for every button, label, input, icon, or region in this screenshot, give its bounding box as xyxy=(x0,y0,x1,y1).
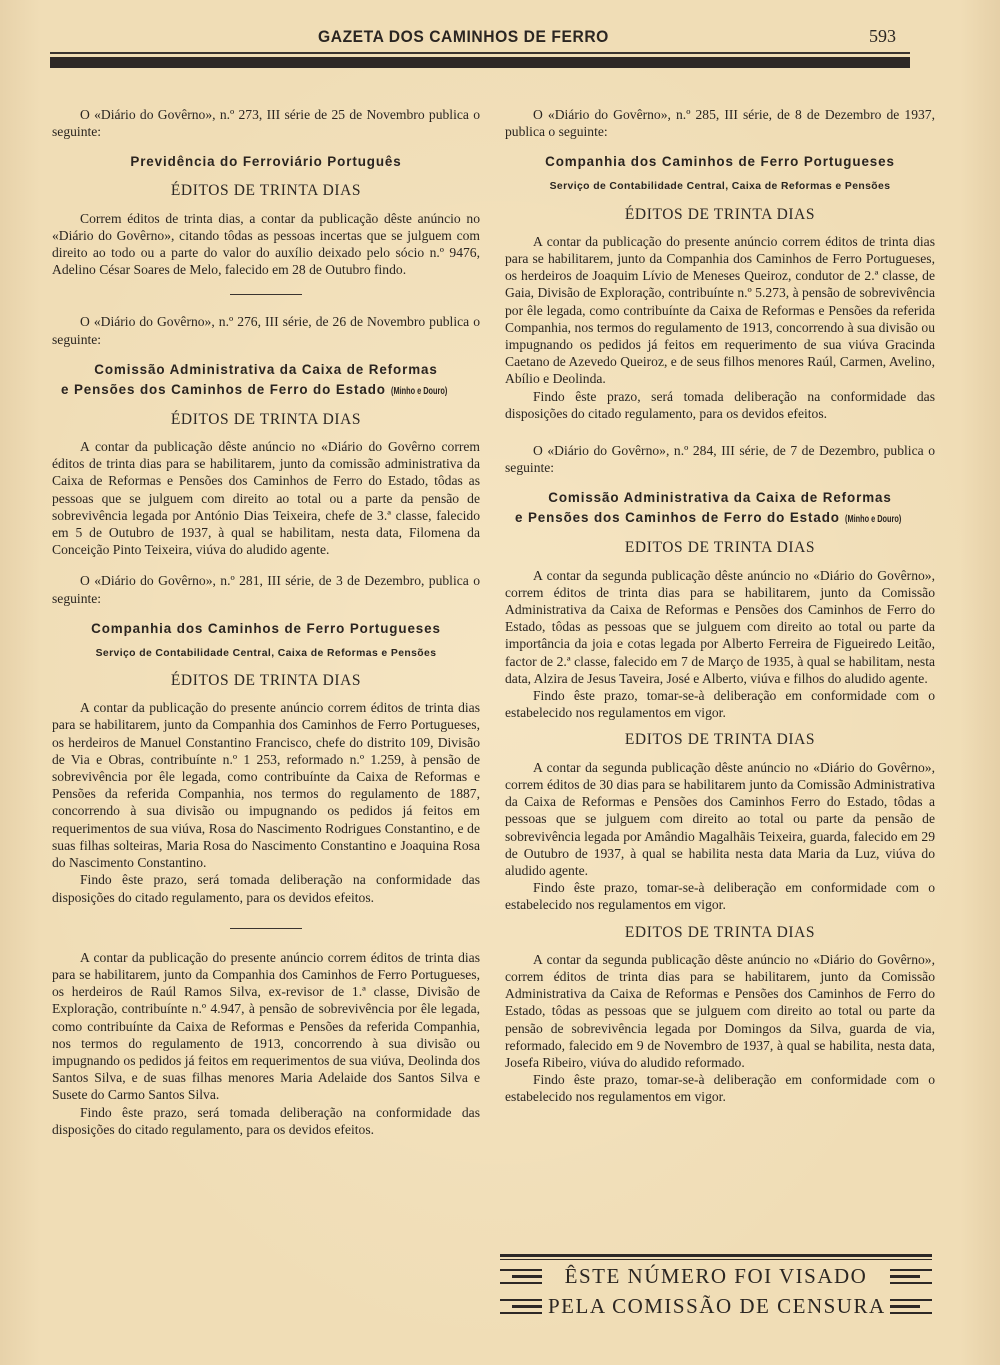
organization-name: Companhia dos Caminhos de Ferro Portugue… xyxy=(505,152,935,172)
service-name: Serviço de Contabilidade Central, Caixa … xyxy=(52,645,480,662)
organization-name-line2-text: e Pensões dos Caminhos de Ferro do Estad… xyxy=(515,510,840,525)
notice-companhia-constantino: O «Diário do Govêrno», n.º 281, III séri… xyxy=(52,572,480,905)
notice-body: A contar da segunda publicação dêste anú… xyxy=(505,951,935,1071)
organization-name-line2: e Pensões dos Caminhos de Ferro do Estad… xyxy=(505,508,935,529)
notice-body: A contar da publicação dêste anúncio no … xyxy=(52,438,480,558)
notice-comissao-teixeira: O «Diário do Govêrno», n.º 276, III séri… xyxy=(52,313,480,558)
censorship-top-rule-thin xyxy=(500,1259,932,1260)
region-label: (Minho e Douro) xyxy=(845,509,901,529)
censorship-line-1: ÊSTE NÚMERO FOI VISADO xyxy=(500,1262,932,1290)
notice-previdencia: O «Diário do Govêrno», n.º 273, III séri… xyxy=(52,106,480,278)
notice-intro: O «Diário do Govêrno», n.º 273, III séri… xyxy=(52,106,480,140)
notice-closing: Findo êste prazo, tomar-se-à deliberação… xyxy=(505,1071,935,1105)
notice-intro: O «Diário do Govêrno», n.º 285, III séri… xyxy=(505,106,935,140)
notice-heading: ÉDITOS DE TRINTA DIAS xyxy=(52,672,480,689)
region-label: (Minho e Douro) xyxy=(391,381,447,401)
notice-intro: O «Diário do Govêrno», n.º 281, III séri… xyxy=(52,572,480,606)
section-divider xyxy=(230,294,302,295)
notice-heading: EDITOS DE TRINTA DIAS xyxy=(505,731,935,748)
notice-closing: Findo êste prazo, será tomada deliberaçã… xyxy=(52,871,480,905)
organization-name-line2: e Pensões dos Caminhos de Ferro do Estad… xyxy=(52,380,480,401)
ornament-bars-icon xyxy=(500,1267,542,1287)
censorship-text-line1: ÊSTE NÚMERO FOI VISADO xyxy=(548,1264,884,1289)
notice-closing: Findo êste prazo, será tomada deliberaçã… xyxy=(505,388,935,422)
notice-body: A contar da publicação do presente anúnc… xyxy=(505,233,935,388)
censorship-line-2: PELA COMISSÃO DE CENSURA xyxy=(500,1292,932,1320)
right-column: O «Diário do Govêrno», n.º 285, III séri… xyxy=(505,106,935,1106)
notice-comissao-leitao: O «Diário do Govêrno», n.º 284, III séri… xyxy=(505,442,935,721)
notice-body: A contar da publicação do presente anúnc… xyxy=(52,949,480,1104)
organization-name: Previdência do Ferroviário Português xyxy=(52,152,480,172)
masthead: GAZETA DOS CAMINHOS DE FERRO 593 xyxy=(50,24,932,48)
ornament-bars-icon xyxy=(500,1297,542,1317)
ornament-bars-icon xyxy=(890,1297,932,1317)
notice-closing: Findo êste prazo, será tomada deliberaçã… xyxy=(52,1104,480,1138)
notice-heading: ÉDITOS DE TRINTA DIAS xyxy=(52,182,480,199)
notice-companhia-queiroz: O «Diário do Govêrno», n.º 285, III séri… xyxy=(505,106,935,422)
newspaper-page: GAZETA DOS CAMINHOS DE FERRO 593 O «Diár… xyxy=(50,0,932,1365)
notice-body: A contar da publicação do presente anúnc… xyxy=(52,699,480,871)
notice-heading: EDITOS DE TRINTA DIAS xyxy=(505,924,935,941)
notice-heading: ÉDITOS DE TRINTA DIAS xyxy=(505,206,935,223)
left-column: O «Diário do Govêrno», n.º 273, III séri… xyxy=(52,106,480,1138)
censorship-top-rule xyxy=(500,1254,932,1257)
notice-comissao-magalhais: EDITOS DE TRINTA DIAS A contar da segund… xyxy=(505,731,935,913)
publication-title: GAZETA DOS CAMINHOS DE FERRO xyxy=(318,27,609,47)
notice-body: Correm éditos de trinta dias, a contar d… xyxy=(52,210,480,279)
notice-heading: EDITOS DE TRINTA DIAS xyxy=(505,539,935,556)
notice-comissao-domingos: EDITOS DE TRINTA DIAS A contar da segund… xyxy=(505,924,935,1106)
page-number: 593 xyxy=(869,26,896,47)
organization-name: Companhia dos Caminhos de Ferro Portugue… xyxy=(52,619,480,639)
header-thin-rule xyxy=(50,52,910,54)
organization-name-line2-text: e Pensões dos Caminhos de Ferro do Estad… xyxy=(61,382,386,397)
organization-name-line1: Comissão Administrativa da Caixa de Refo… xyxy=(505,488,935,508)
ornament-bars-icon xyxy=(890,1267,932,1287)
censorship-notice: ÊSTE NÚMERO FOI VISADO PELA COMISSÃO DE … xyxy=(500,1254,932,1320)
notice-body: A contar da segunda publicação dêste anú… xyxy=(505,567,935,687)
header-thick-rule xyxy=(50,57,910,68)
notice-intro: O «Diário do Govêrno», n.º 276, III séri… xyxy=(52,313,480,347)
notice-closing: Findo êste prazo, tomar-se-à deliberação… xyxy=(505,687,935,721)
section-divider xyxy=(230,928,302,929)
service-name: Serviço de Contabilidade Central, Caixa … xyxy=(505,178,935,195)
notice-closing: Findo êste prazo, tomar-se-à deliberação… xyxy=(505,879,935,913)
notice-intro: O «Diário do Govêrno», n.º 284, III séri… xyxy=(505,442,935,476)
notice-body: A contar da segunda publicação dêste anú… xyxy=(505,759,935,879)
organization-name-line1: Comissão Administrativa da Caixa de Refo… xyxy=(52,360,480,380)
censorship-text-line2: PELA COMISSÃO DE CENSURA xyxy=(548,1294,884,1319)
notice-heading: ÉDITOS DE TRINTA DIAS xyxy=(52,411,480,428)
notice-companhia-silva: A contar da publicação do presente anúnc… xyxy=(52,949,480,1138)
